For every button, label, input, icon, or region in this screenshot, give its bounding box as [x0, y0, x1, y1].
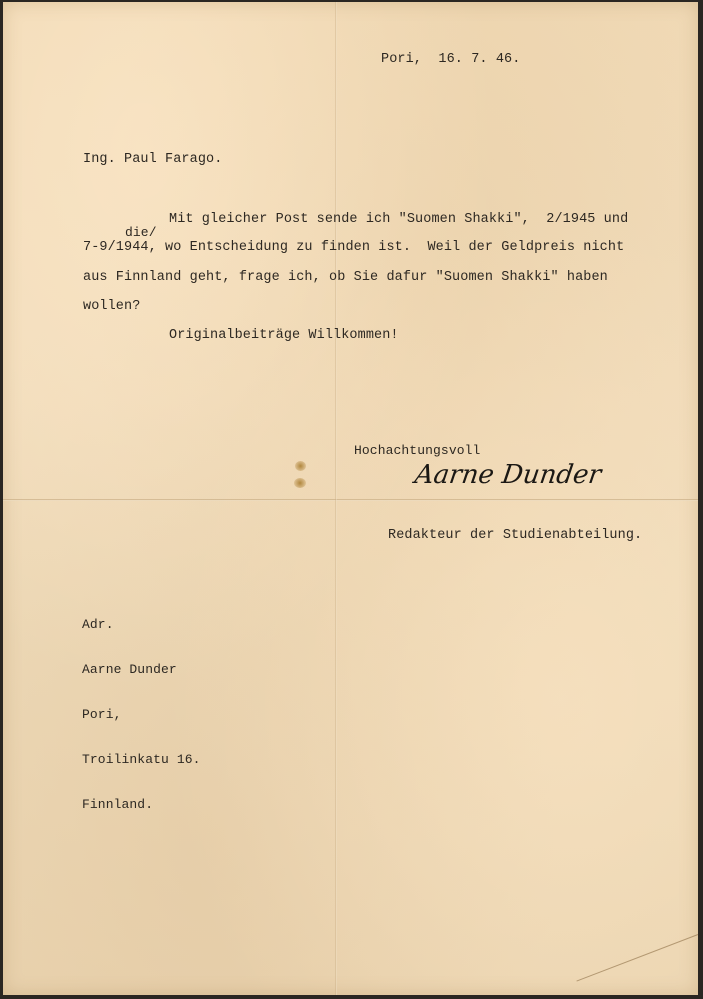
body-line-1: Mit gleicher Post sende ich "Suomen Shak…	[169, 212, 628, 227]
stain-mark	[294, 478, 306, 488]
vertical-fold-line	[335, 2, 337, 995]
body-line-4: wollen?	[83, 299, 140, 314]
stain-mark	[295, 461, 306, 471]
recipient: Ing. Paul Farago.	[83, 152, 222, 167]
body-line-3: aus Finnland geht, frage ich, ob Sie daf…	[83, 270, 608, 285]
address-block: Adr. Aarne Dunder Pori, Troilinkatu 16. …	[82, 587, 201, 842]
address-line: Pori,	[82, 707, 201, 722]
body-line-2: 7-9/1944, wo Entscheidung zu finden ist.…	[83, 240, 624, 255]
address-line: Aarne Dunder	[82, 662, 201, 677]
address-line: Finnland.	[82, 797, 201, 812]
handwritten-signature: Aarne Dunder	[413, 460, 603, 490]
body-line-5: Originalbeiträge Willkommen!	[169, 328, 399, 343]
letter-paper: Pori, 16. 7. 46. Ing. Paul Farago. Mit g…	[3, 2, 698, 995]
closing: Hochachtungsvoll	[354, 443, 480, 458]
address-label: Adr.	[82, 617, 201, 632]
signer-title: Redakteur der Studienabteilung.	[388, 528, 642, 543]
place-date: Pori, 16. 7. 46.	[381, 52, 520, 67]
corner-crease	[576, 934, 698, 982]
typed-insertion: die/	[125, 225, 157, 240]
address-line: Troilinkatu 16.	[82, 752, 201, 767]
horizontal-fold-line	[3, 499, 698, 501]
